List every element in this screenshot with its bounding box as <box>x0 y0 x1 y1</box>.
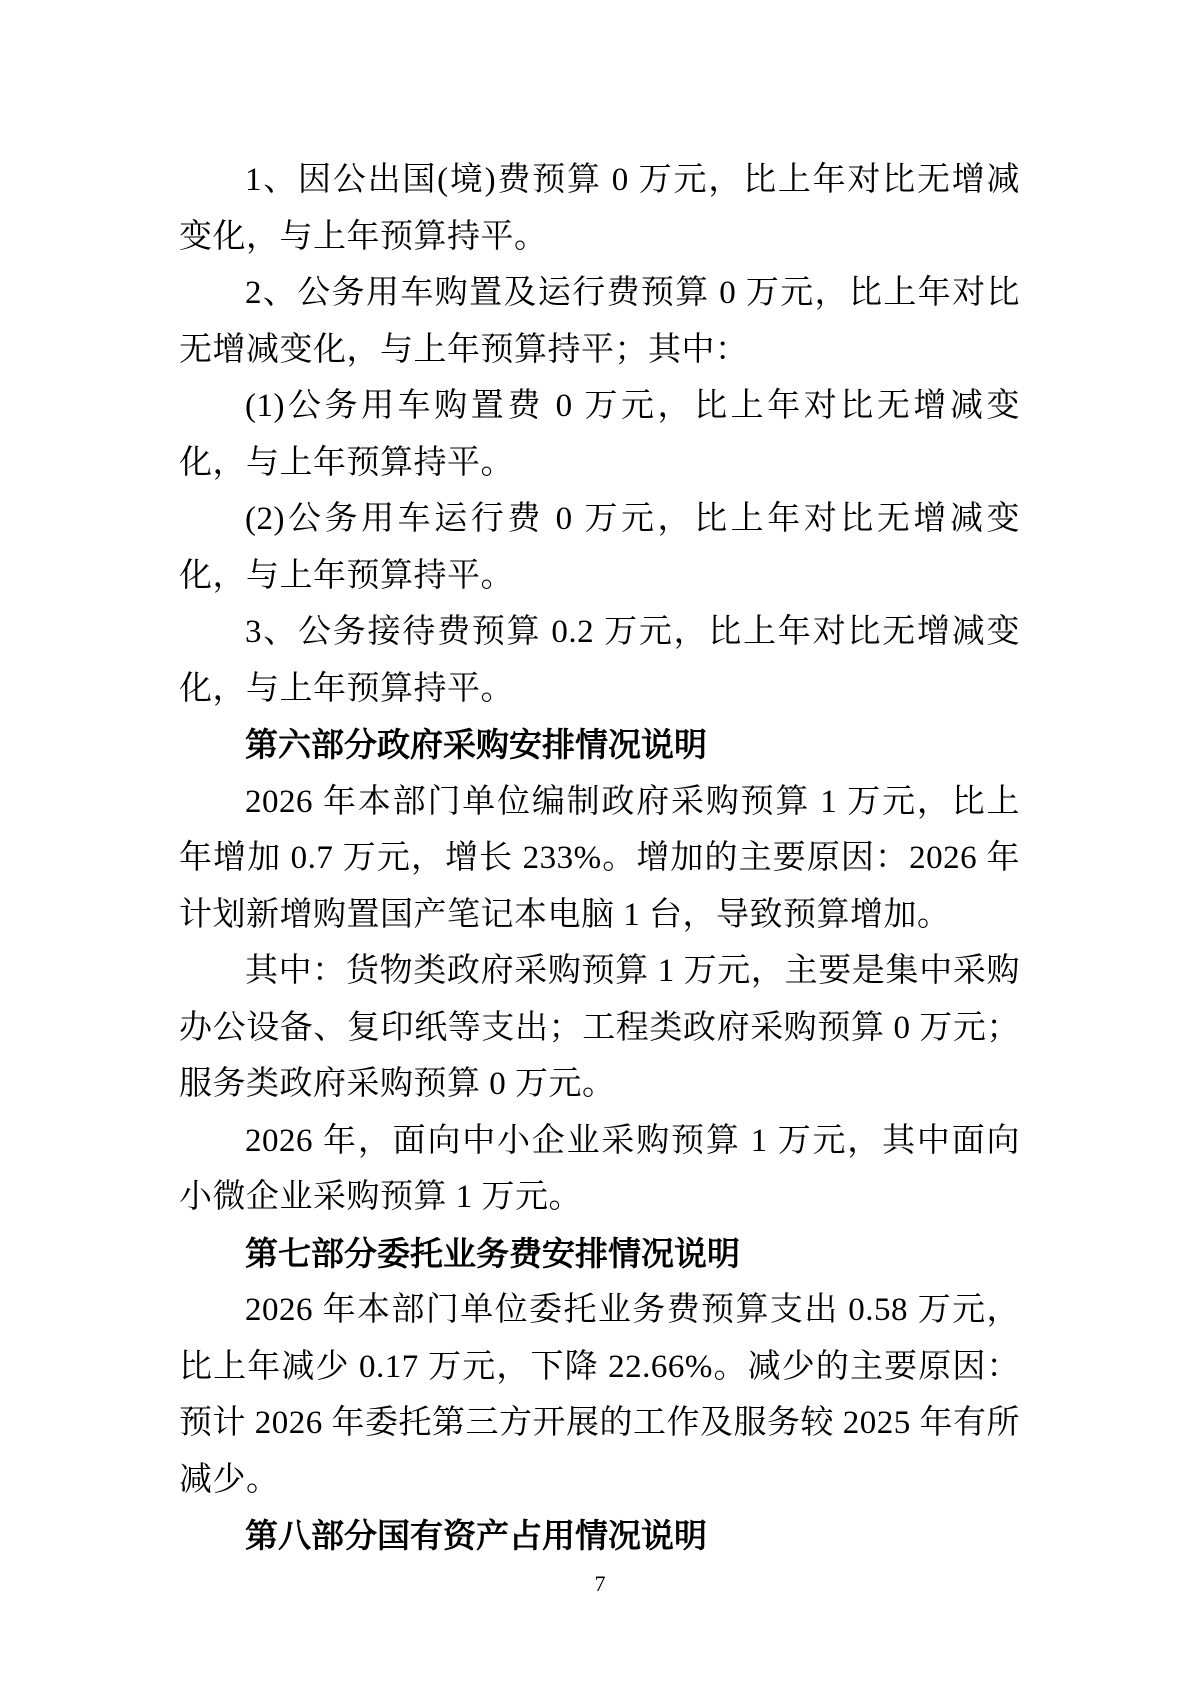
section-heading: 第六部分政府采购安排情况说明 <box>179 717 1020 774</box>
document-body: 1、因公出国(境)费预算 0 万元，比上年对比无增减变化，与上年预算持平。2、公… <box>179 152 1020 1565</box>
page-number: 7 <box>595 1571 606 1596</box>
body-paragraph: 2026 年本部门单位编制政府采购预算 1 万元，比上年增加 0.7 万元，增长… <box>179 774 1020 944</box>
body-paragraph: 2026 年，面向中小企业采购预算 1 万元，其中面向小微企业采购预算 1 万元… <box>179 1113 1020 1226</box>
body-paragraph: 2、公务用车购置及运行费预算 0 万元，比上年对比无增减变化，与上年预算持平；其… <box>179 265 1020 378</box>
section-heading: 第八部分国有资产占用情况说明 <box>179 1508 1020 1565</box>
section-heading: 第七部分委托业务费安排情况说明 <box>179 1226 1020 1283</box>
body-paragraph: 1、因公出国(境)费预算 0 万元，比上年对比无增减变化，与上年预算持平。 <box>179 152 1020 265</box>
body-paragraph: 2026 年本部门单位委托业务费预算支出 0.58 万元，比上年减少 0.17 … <box>179 1282 1020 1508</box>
body-paragraph: 其中：货物类政府采购预算 1 万元，主要是集中采购办公设备、复印纸等支出；工程类… <box>179 943 1020 1113</box>
body-paragraph: 3、公务接待费预算 0.2 万元，比上年对比无增减变化，与上年预算持平。 <box>179 604 1020 717</box>
body-paragraph: (2)公务用车运行费 0 万元，比上年对比无增减变化，与上年预算持平。 <box>179 491 1020 604</box>
document-page: 1、因公出国(境)费预算 0 万元，比上年对比无增减变化，与上年预算持平。2、公… <box>0 0 1200 1697</box>
page-footer: 7 <box>0 1570 1200 1598</box>
body-paragraph: (1)公务用车购置费 0 万元，比上年对比无增减变化，与上年预算持平。 <box>179 378 1020 491</box>
